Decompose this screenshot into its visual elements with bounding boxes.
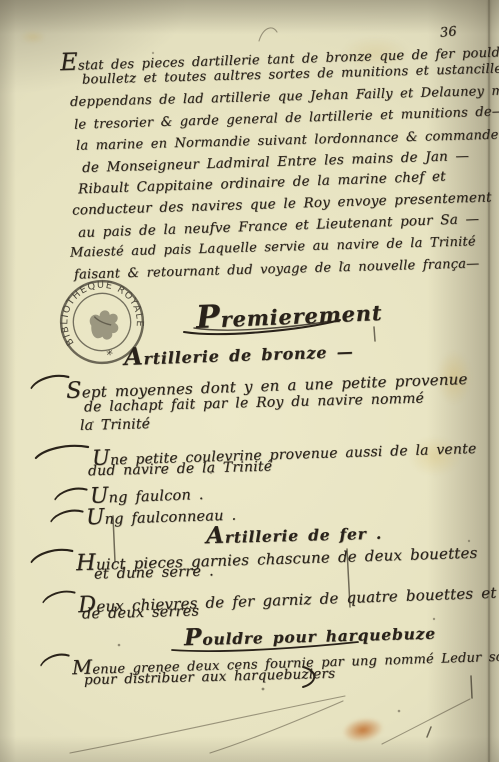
pen-flourish (40, 653, 70, 667)
manuscript-page-photo: 36 Estat des pieces dartillerie tant de … (0, 0, 499, 762)
pen-flourish (54, 487, 88, 501)
stamp-bottom-mark: * (106, 347, 115, 362)
section-heading-bronze: Artillerie de bronze — (124, 336, 354, 370)
rust-stain (340, 715, 386, 746)
manuscript-line: la Trinité (80, 417, 151, 434)
pen-flourish (30, 548, 74, 564)
stamp-emblem-icon (88, 308, 123, 343)
manuscript-line: de deux serres (82, 604, 200, 623)
manuscript-line: dud navire de la Trinité (88, 460, 273, 480)
pen-flourish (34, 444, 90, 460)
paper-shadow-top (0, 0, 499, 34)
yellow-stain (20, 30, 46, 44)
pen-flourish (30, 374, 70, 390)
pen-flourish (50, 509, 84, 523)
paper-shadow-bottom (0, 736, 499, 762)
paper-shadow-left (0, 0, 16, 762)
paper-speckles (0, 0, 2, 2)
pen-flourish (42, 590, 76, 604)
section-heading-premierement: Premierement (195, 293, 383, 336)
manuscript-line: et dune serre . (94, 564, 214, 583)
